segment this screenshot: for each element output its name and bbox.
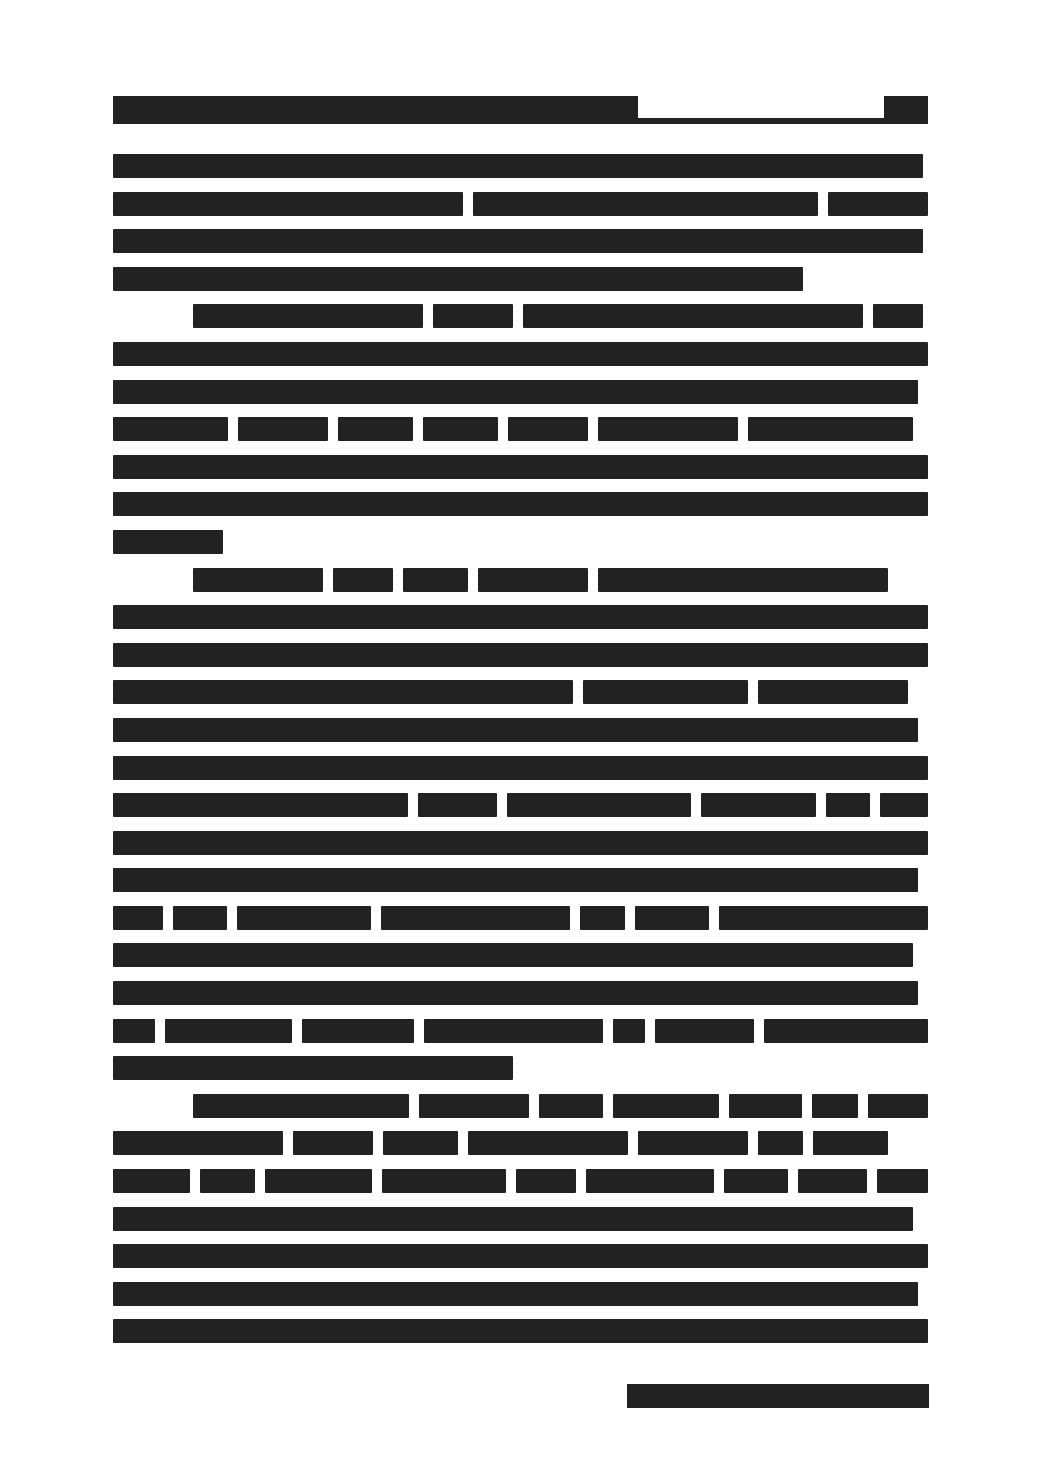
redacted-word-block	[113, 1169, 190, 1193]
redacted-word-block	[113, 981, 918, 1005]
redacted-word-block	[507, 793, 692, 817]
redacted-word-block	[382, 1169, 506, 1193]
text-line	[113, 1207, 928, 1231]
redacted-word-block	[113, 680, 573, 704]
text-line	[113, 1056, 928, 1080]
redacted-word-block	[193, 568, 323, 592]
redacted-word-block	[638, 1131, 748, 1155]
redacted-word-block	[113, 455, 928, 479]
redacted-word-block	[813, 1131, 888, 1155]
redacted-word-block	[113, 868, 918, 892]
redacted-word-block	[238, 417, 328, 441]
redacted-word-block	[877, 1169, 928, 1193]
text-line	[113, 643, 928, 667]
text-line	[113, 455, 928, 479]
redacted-word-block	[868, 1094, 928, 1118]
redacted-word-block	[880, 793, 928, 817]
text-line	[113, 906, 928, 930]
redacted-word-block	[729, 1094, 802, 1118]
text-line	[113, 718, 928, 742]
redacted-word-block	[423, 417, 498, 441]
running-title-redacted: [redacted]	[113, 96, 638, 120]
redacted-word-block	[113, 267, 803, 291]
redacted-word-block	[113, 154, 923, 178]
redacted-word-block	[613, 1094, 719, 1118]
redacted-word-block	[764, 1019, 928, 1043]
redacted-word-block	[798, 1169, 866, 1193]
redacted-word-block	[523, 304, 863, 328]
text-line	[113, 267, 928, 291]
document-page: [redacted] [redacted]	[113, 96, 928, 126]
text-line	[113, 1244, 928, 1268]
redacted-word-block	[613, 1019, 646, 1043]
body-text-redacted	[113, 154, 928, 1357]
redacted-word-block	[113, 1207, 913, 1231]
text-line	[113, 568, 928, 592]
redacted-word-block	[758, 680, 908, 704]
redacted-word-block	[635, 906, 710, 930]
redacted-word-block	[237, 906, 371, 930]
redacted-word-block	[433, 304, 513, 328]
text-line	[113, 793, 928, 817]
text-line	[113, 530, 928, 554]
redacted-word-block	[748, 417, 913, 441]
redacted-word-block	[598, 568, 888, 592]
redacted-word-block	[265, 1169, 372, 1193]
redacted-word-block	[473, 192, 818, 216]
redacted-word-block	[293, 1131, 373, 1155]
text-line	[113, 756, 928, 780]
text-line	[113, 1019, 928, 1043]
redacted-word-block	[113, 605, 928, 629]
redacted-word-block	[381, 906, 570, 930]
text-line	[113, 304, 928, 328]
page-number-redacted: [redacted]	[884, 96, 928, 124]
redacted-word-block	[113, 380, 918, 404]
text-line	[113, 1094, 928, 1118]
text-line	[113, 831, 928, 855]
redacted-word-block	[812, 1094, 858, 1118]
redacted-word-block	[403, 568, 468, 592]
text-line	[113, 380, 928, 404]
redacted-word-block	[724, 1169, 788, 1193]
redacted-word-block	[539, 1094, 603, 1118]
redacted-word-block	[113, 793, 408, 817]
text-line	[113, 1282, 928, 1306]
redacted-word-block	[193, 1094, 409, 1118]
text-line	[113, 1169, 928, 1193]
redacted-word-block	[424, 1019, 602, 1043]
redacted-word-block	[113, 831, 928, 855]
redacted-word-block	[113, 943, 913, 967]
text-line	[113, 981, 928, 1005]
text-line	[113, 417, 928, 441]
text-line	[113, 1319, 928, 1343]
redacted-word-block	[113, 1319, 928, 1343]
text-line	[113, 1131, 928, 1155]
redacted-word-block	[468, 1131, 628, 1155]
text-line	[113, 943, 928, 967]
text-line	[113, 154, 928, 178]
redacted-word-block	[113, 756, 928, 780]
text-line	[113, 492, 928, 516]
redacted-word-block	[333, 568, 393, 592]
redacted-word-block	[113, 1019, 155, 1043]
redacted-word-block	[758, 1131, 803, 1155]
redacted-word-block	[113, 906, 163, 930]
redacted-word-block	[113, 229, 923, 253]
redacted-word-block	[418, 793, 497, 817]
redacted-word-block	[873, 304, 923, 328]
redacted-word-block	[719, 906, 928, 930]
redacted-word-block	[113, 1282, 918, 1306]
footer-redacted: [redacted]	[627, 1384, 929, 1408]
redacted-word-block	[113, 1131, 283, 1155]
redacted-word-block	[655, 1019, 753, 1043]
redacted-word-block	[113, 342, 928, 366]
redacted-word-block	[302, 1019, 415, 1043]
redacted-word-block	[193, 304, 423, 328]
text-line	[113, 605, 928, 629]
redacted-word-block	[598, 417, 738, 441]
redacted-word-block	[113, 643, 928, 667]
redacted-word-block	[113, 492, 928, 516]
text-line	[113, 192, 928, 216]
redacted-word-block	[383, 1131, 458, 1155]
redacted-word-block	[419, 1094, 529, 1118]
text-line	[113, 342, 928, 366]
text-line	[113, 680, 928, 704]
running-header: [redacted] [redacted]	[113, 96, 928, 126]
redacted-word-block	[586, 1169, 714, 1193]
redacted-word-block	[113, 718, 918, 742]
redacted-word-block	[516, 1169, 576, 1193]
redacted-word-block	[173, 906, 228, 930]
redacted-word-block	[113, 1056, 513, 1080]
redacted-word-block	[113, 1244, 928, 1268]
redacted-word-block	[113, 530, 223, 554]
redacted-word-block	[165, 1019, 292, 1043]
text-line	[113, 229, 928, 253]
redacted-word-block	[580, 906, 625, 930]
redacted-word-block	[828, 192, 928, 216]
redacted-word-block	[338, 417, 413, 441]
redacted-word-block	[478, 568, 588, 592]
redacted-word-block	[826, 793, 870, 817]
redacted-word-block	[113, 192, 463, 216]
redacted-word-block	[200, 1169, 256, 1193]
redacted-word-block	[508, 417, 588, 441]
redacted-word-block	[701, 793, 815, 817]
text-line	[113, 868, 928, 892]
header-rule	[113, 118, 928, 124]
redacted-word-block	[583, 680, 748, 704]
redacted-word-block	[113, 417, 228, 441]
